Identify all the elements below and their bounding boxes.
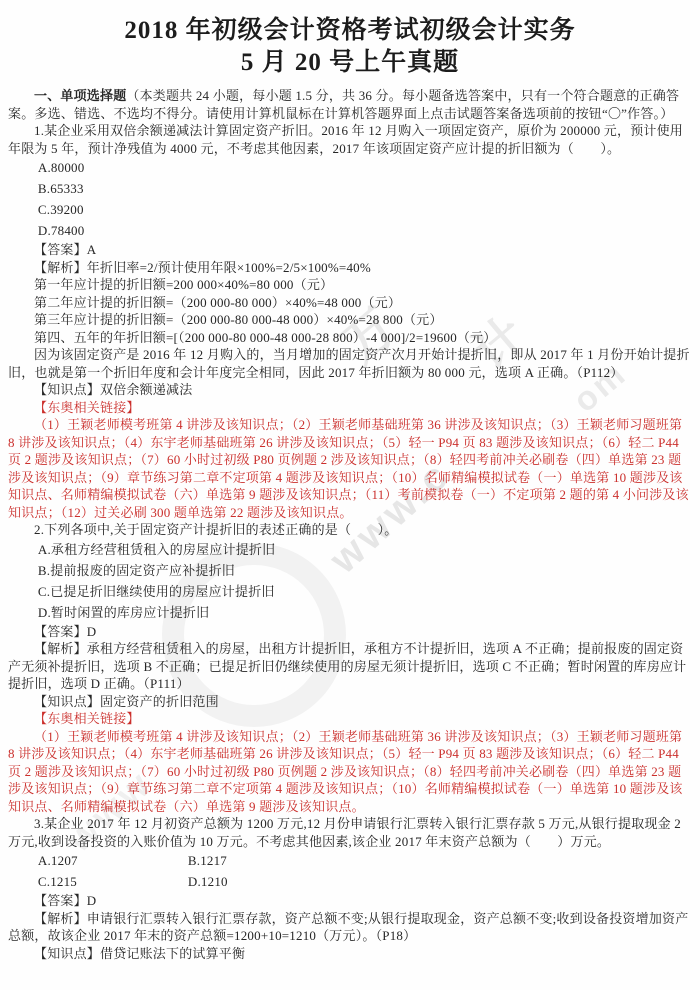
section-intro: 一、单项选择题（本类题共 24 小题，每小题 1.5 分，共 36 分。每小题备… bbox=[8, 87, 692, 122]
q3-options-row2: C.1215D.1210 bbox=[8, 871, 692, 892]
q2-option-b: B.提前报废的固定资产应补提折旧 bbox=[8, 560, 692, 581]
q1-analysis-paragraph: 因为该固定资产是 2016 年 12 月购入的，当月增加的固定资产次月开始计提折… bbox=[8, 346, 692, 381]
q1-analysis-line: 第一年应计提的折旧额=200 000×40%=80 000（元） bbox=[8, 276, 692, 294]
section-label: 一、单项选择题 bbox=[34, 88, 126, 103]
q3-options-row1: A.1207B.1217 bbox=[8, 850, 692, 871]
paper-title-line1: 2018 年初级会计资格考试初级会计实务 bbox=[8, 16, 692, 46]
q2-related-links-header: 【东奥相关链接】 bbox=[8, 710, 692, 728]
q1-analysis-line: 第四、五年的年折旧额=[（200 000-80 000-48 000-28 80… bbox=[8, 329, 692, 347]
q3-knowledge-point: 【知识点】借贷记账法下的试算平衡 bbox=[8, 945, 692, 963]
q1-related-links-header: 【东奥相关链接】 bbox=[8, 399, 692, 417]
q2-analysis-paragraph: 【解析】承租方经营租赁租入的房屋，出租方计提折旧，承租方不计提折旧，选项 A 不… bbox=[8, 640, 692, 693]
q1-analysis-line: 第二年应计提的折旧额=（200 000-80 000）×40%=48 000（元… bbox=[8, 294, 692, 312]
q3-option-a: A.1207 bbox=[38, 850, 188, 871]
q2-stem: 2.下列各项中,关于固定资产计提折旧的表述正确的是（ ）。 bbox=[8, 521, 692, 539]
q3-answer: 【答案】D bbox=[8, 892, 692, 910]
q1-knowledge-point: 【知识点】双倍余额递减法 bbox=[8, 381, 692, 399]
document-content: 2018 年初级会计资格考试初级会计实务 5 月 20 号上午真题 一、单项选择… bbox=[0, 0, 700, 962]
q2-answer: 【答案】D bbox=[8, 623, 692, 641]
paper-title-line2: 5 月 20 号上午真题 bbox=[8, 48, 692, 78]
q1-option-d: D.78400 bbox=[8, 220, 692, 241]
q1-analysis-line: 第三年应计提的折旧额=（200 000-80 000-48 000）×40%=2… bbox=[8, 311, 692, 329]
q2-knowledge-point: 【知识点】固定资产的折旧范围 bbox=[8, 693, 692, 711]
q2-option-a: A.承租方经营租赁租入的房屋应计提折旧 bbox=[8, 539, 692, 560]
q1-stem: 1.某企业采用双倍余额递减法计算固定资产折旧。2016 年 12 月购入一项固定… bbox=[8, 122, 692, 157]
q1-option-b: B.65333 bbox=[8, 178, 692, 199]
q3-option-d: D.1210 bbox=[188, 874, 228, 889]
q3-option-b: B.1217 bbox=[188, 853, 227, 868]
q3-option-c: C.1215 bbox=[38, 871, 188, 892]
q1-analysis-line: 【解析】年折旧率=2/预计使用年限×100%=2/5×100%=40% bbox=[8, 259, 692, 277]
q2-option-d: D.暂时闲置的库房应计提折旧 bbox=[8, 602, 692, 623]
q3-analysis-paragraph: 【解析】申请银行汇票转入银行汇票存款，资产总额不变;从银行提取现金，资产总额不变… bbox=[8, 910, 692, 945]
exam-paper-page: 万 计 www.c om www 2018 年初级会计资格考试初级会计实务 5 … bbox=[0, 0, 700, 990]
q2-related-links: （1）王颖老师模考班第 4 讲涉及该知识点；（2）王颖老师基础班第 36 讲涉及… bbox=[8, 728, 692, 816]
q1-answer: 【答案】A bbox=[8, 241, 692, 259]
q1-option-a: A.80000 bbox=[8, 157, 692, 178]
q3-stem: 3.某企业 2017 年 12 月初资产总额为 1200 万元,12 月份申请银… bbox=[8, 815, 692, 850]
q1-related-links: （1）王颖老师模考班第 4 讲涉及该知识点；（2）王颖老师基础班第 36 讲涉及… bbox=[8, 416, 692, 521]
q2-option-c: C.已提足折旧继续使用的房屋应计提折旧 bbox=[8, 581, 692, 602]
q1-option-c: C.39200 bbox=[8, 199, 692, 220]
